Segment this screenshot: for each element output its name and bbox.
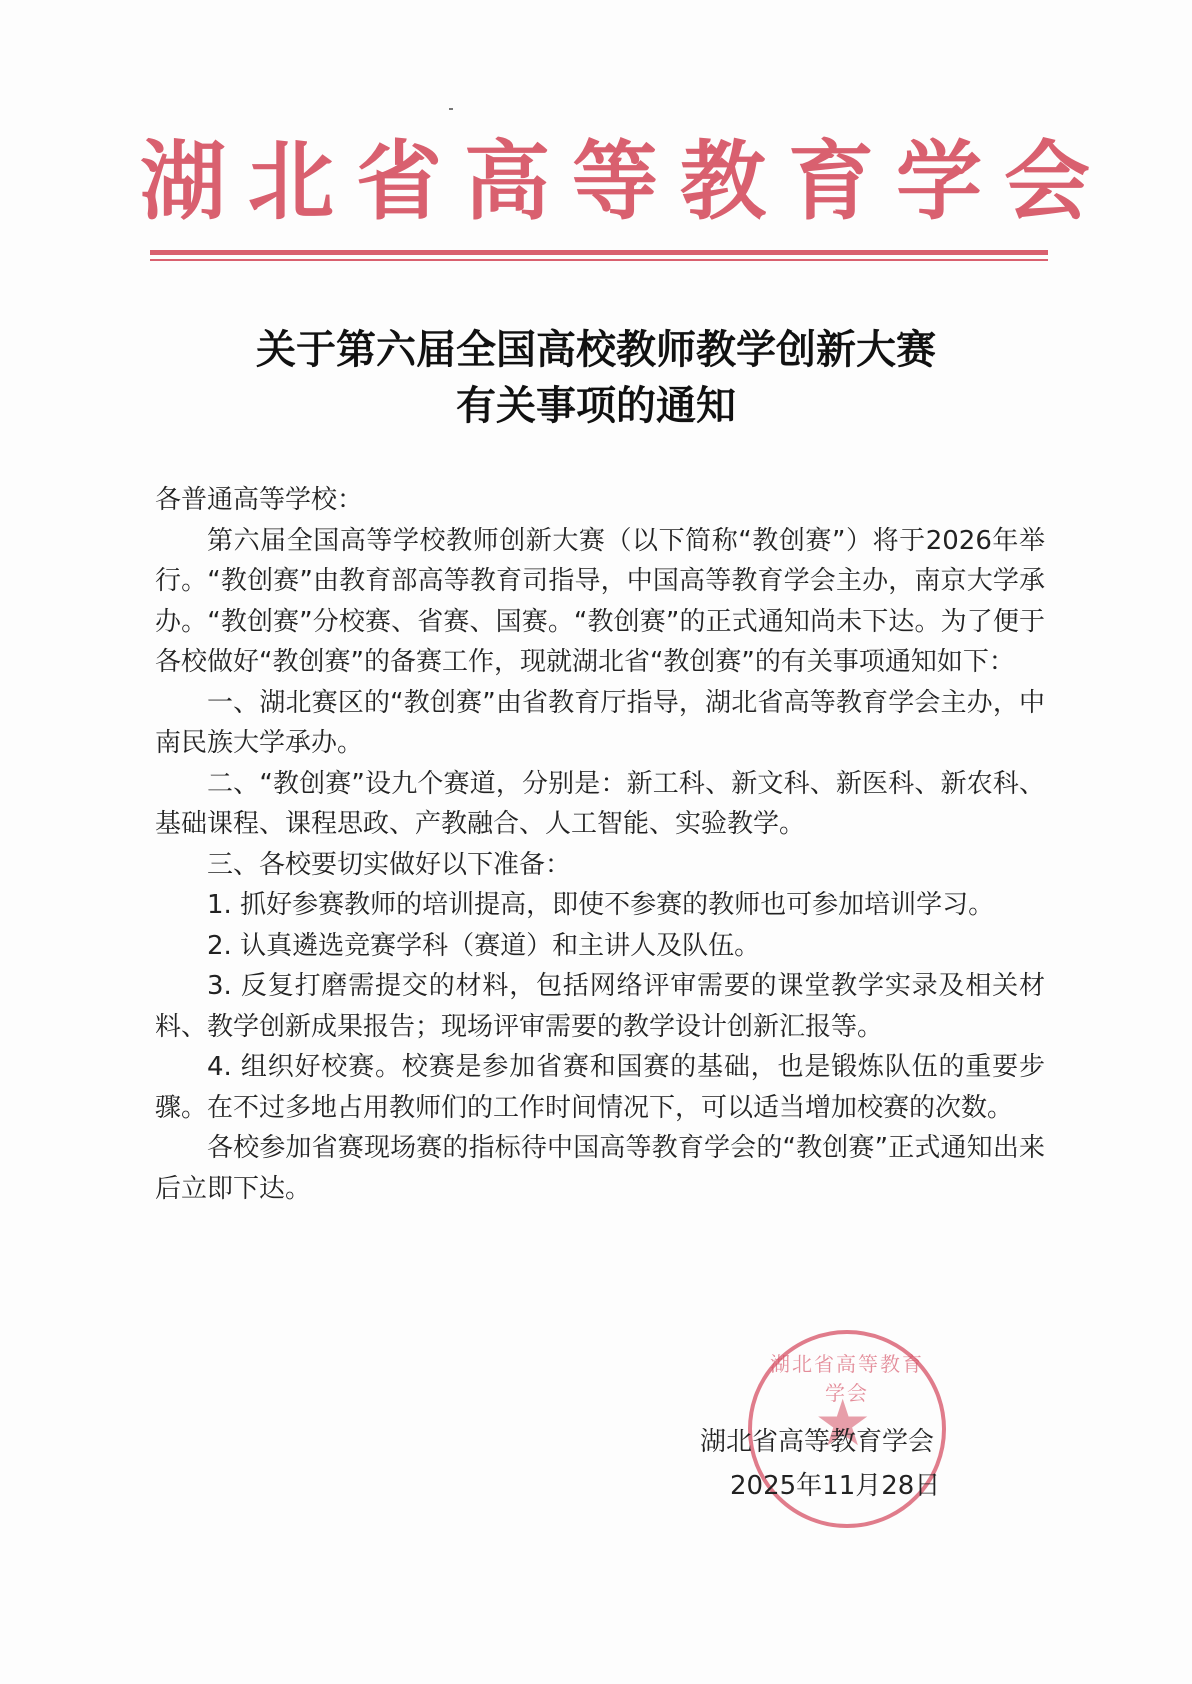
signature-date: 2025年11月28日 (700, 1464, 1000, 1508)
scan-artifact (449, 108, 453, 110)
paragraph-item-2: 二、“教创赛”设九个赛道，分别是：新工科、新文科、新医科、新农科、基础课程、课程… (155, 764, 1045, 845)
document-body: 各普通高等学校： 第六届全国高等学校教师创新大赛（以下简称“教创赛”）将于202… (155, 480, 1045, 1209)
paragraph-subitem-3: 3. 反复打磨需提交的材料，包括网络评审需要的课堂教学实录及相关材料、教学创新成… (155, 966, 1045, 1047)
paragraph-closing: 各校参加省赛现场赛的指标待中国高等教育学会的“教创赛”正式通知出来后立即下达。 (155, 1128, 1045, 1209)
document-page: 湖北省高等教育学会 关于第六届全国高校教师教学创新大赛 有关事项的通知 各普通高… (0, 0, 1192, 1684)
title-line-1: 关于第六届全国高校教师教学创新大赛 (120, 322, 1072, 378)
paragraph-subitem-4: 4. 组织好校赛。校赛是参加省赛和国赛的基础，也是锻炼队伍的重要步骤。在不过多地… (155, 1047, 1045, 1128)
paragraph-intro: 第六届全国高等学校教师创新大赛（以下简称“教创赛”）将于2026年举行。“教创赛… (155, 521, 1045, 683)
letterhead-rule-thin (150, 259, 1048, 261)
letterhead-org-name: 湖北省高等教育学会 (140, 132, 1040, 232)
paragraph-subitem-1: 1. 抓好参赛教师的培训提高，即使不参赛的教师也可参加培训学习。 (155, 885, 1045, 926)
paragraph-item-3: 三、各校要切实做好以下准备： (155, 845, 1045, 886)
letterhead-rule-thick (150, 250, 1048, 255)
document-title: 关于第六届全国高校教师教学创新大赛 有关事项的通知 (120, 322, 1072, 434)
salutation: 各普通高等学校： (155, 480, 1045, 521)
title-line-2: 有关事项的通知 (120, 378, 1072, 434)
paragraph-item-1: 一、湖北赛区的“教创赛”由省教育厅指导，湖北省高等教育学会主办，中南民族大学承办… (155, 683, 1045, 764)
signature-org: 湖北省高等教育学会 (700, 1420, 1000, 1464)
signature-block: 湖北省高等教育学会 2025年11月28日 (700, 1420, 1000, 1508)
paragraph-subitem-2: 2. 认真遴选竞赛学科（赛道）和主讲人及队伍。 (155, 926, 1045, 967)
